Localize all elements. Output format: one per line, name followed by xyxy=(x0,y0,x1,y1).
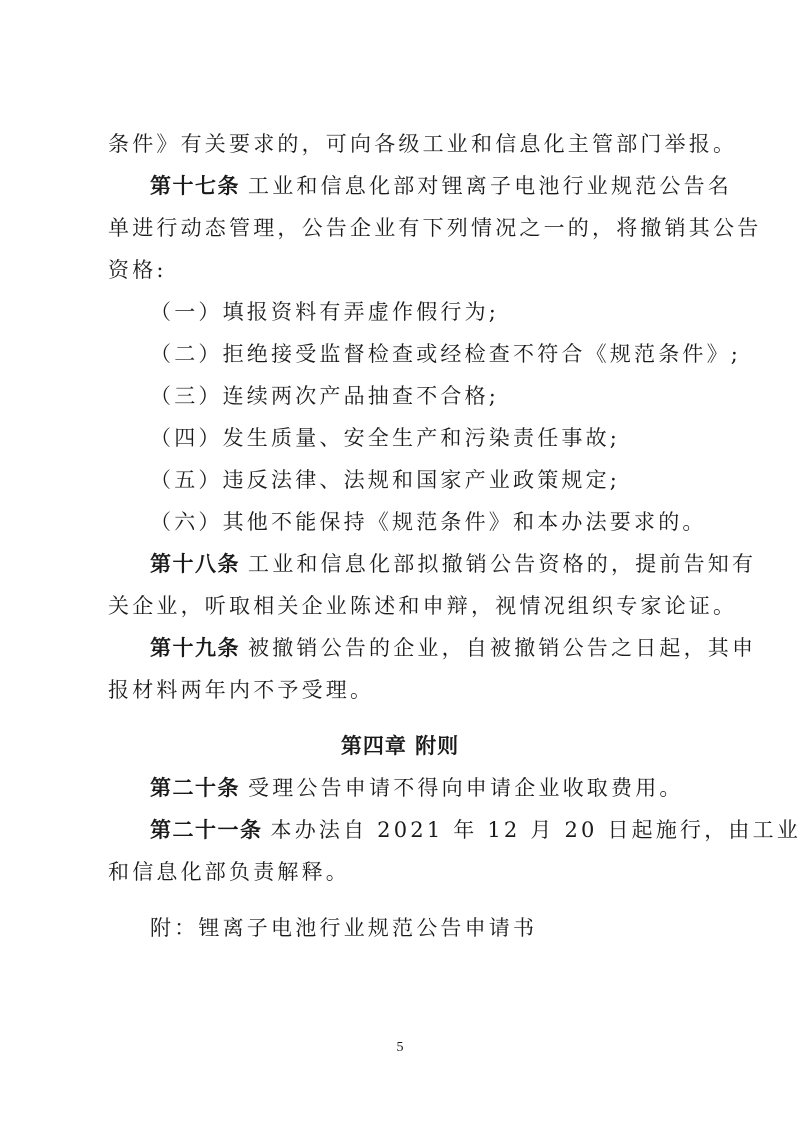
line-text: 条件》有关要求的，可向各级工业和信息化主管部门举报。 xyxy=(108,132,737,156)
line-text: 资格: xyxy=(108,258,167,282)
list-item: （四）发生质量、安全生产和污染责任事故; xyxy=(150,424,620,452)
article-label: 第十七条 xyxy=(150,174,240,198)
list-item: （二）拒绝接受监督检查或经检查不符合《规范条件》; xyxy=(150,340,741,368)
chapter-heading: 第四章 附则 xyxy=(0,732,800,760)
list-item: （六）其他不能保持《规范条件》和本办法要求的。 xyxy=(150,508,707,536)
line-text: 和信息化部负责解释。 xyxy=(108,860,350,884)
line-text: 关企业，听取相关企业陈述和申辩，视情况组织专家论证。 xyxy=(108,594,737,618)
article-19: 第十九条被撤销公告的企业，自被撤销公告之日起，其申 xyxy=(150,634,756,662)
paragraph-line: 资格: xyxy=(108,256,167,284)
list-item: （一）填报资料有弄虚作假行为; xyxy=(150,298,499,326)
line-text: 本办法自 2021 年 12 月 20 日起施行，由工业 xyxy=(271,818,800,842)
line-text: 附：锂离子电池行业规范公告申请书 xyxy=(150,916,537,940)
paragraph-line: 单进行动态管理，公告企业有下列情况之一的，将撤销其公告 xyxy=(108,214,761,242)
document-page: 条件》有关要求的，可向各级工业和信息化主管部门举报。 第十七条工业和信息化部对锂… xyxy=(0,0,800,1130)
line-text: 受理公告申请不得向申请企业收取费用。 xyxy=(248,776,684,800)
article-label: 第十八条 xyxy=(150,552,240,576)
line-text: （一）填报资料有弄虚作假行为; xyxy=(150,300,499,324)
paragraph-line: 报材料两年内不予受理。 xyxy=(108,676,374,704)
paragraph-line: 和信息化部负责解释。 xyxy=(108,858,350,886)
article-18: 第十八条工业和信息化部拟撤销公告资格的，提前告知有 xyxy=(150,550,756,578)
line-text: 被撤销公告的企业，自被撤销公告之日起，其申 xyxy=(248,636,756,660)
line-text: 报材料两年内不予受理。 xyxy=(108,678,374,702)
line-text: 工业和信息化部对锂离子电池行业规范公告名 xyxy=(248,174,732,198)
page-number: 5 xyxy=(0,1040,800,1056)
line-text: （四）发生质量、安全生产和污染责任事故; xyxy=(150,426,620,450)
line-text: （五）违反法律、法规和国家产业政策规定; xyxy=(150,468,620,492)
article-label: 第十九条 xyxy=(150,636,240,660)
article-label: 第二十一条 xyxy=(150,818,263,842)
attachment-note: 附：锂离子电池行业规范公告申请书 xyxy=(150,914,537,942)
article-20: 第二十条受理公告申请不得向申请企业收取费用。 xyxy=(150,774,684,802)
paragraph-line: 条件》有关要求的，可向各级工业和信息化主管部门举报。 xyxy=(108,130,737,158)
line-text: （三）连续两次产品抽查不合格; xyxy=(150,384,499,408)
line-text: （二）拒绝接受监督检查或经检查不符合《规范条件》; xyxy=(150,342,741,366)
line-text: （六）其他不能保持《规范条件》和本办法要求的。 xyxy=(150,510,707,534)
line-text: 单进行动态管理，公告企业有下列情况之一的，将撤销其公告 xyxy=(108,216,761,240)
list-item: （三）连续两次产品抽查不合格; xyxy=(150,382,499,410)
list-item: （五）违反法律、法规和国家产业政策规定; xyxy=(150,466,620,494)
line-text: 工业和信息化部拟撤销公告资格的，提前告知有 xyxy=(248,552,756,576)
article-label: 第二十条 xyxy=(150,776,240,800)
article-21: 第二十一条本办法自 2021 年 12 月 20 日起施行，由工业 xyxy=(150,816,800,844)
paragraph-line: 关企业，听取相关企业陈述和申辩，视情况组织专家论证。 xyxy=(108,592,737,620)
article-17: 第十七条工业和信息化部对锂离子电池行业规范公告名 xyxy=(150,172,732,200)
